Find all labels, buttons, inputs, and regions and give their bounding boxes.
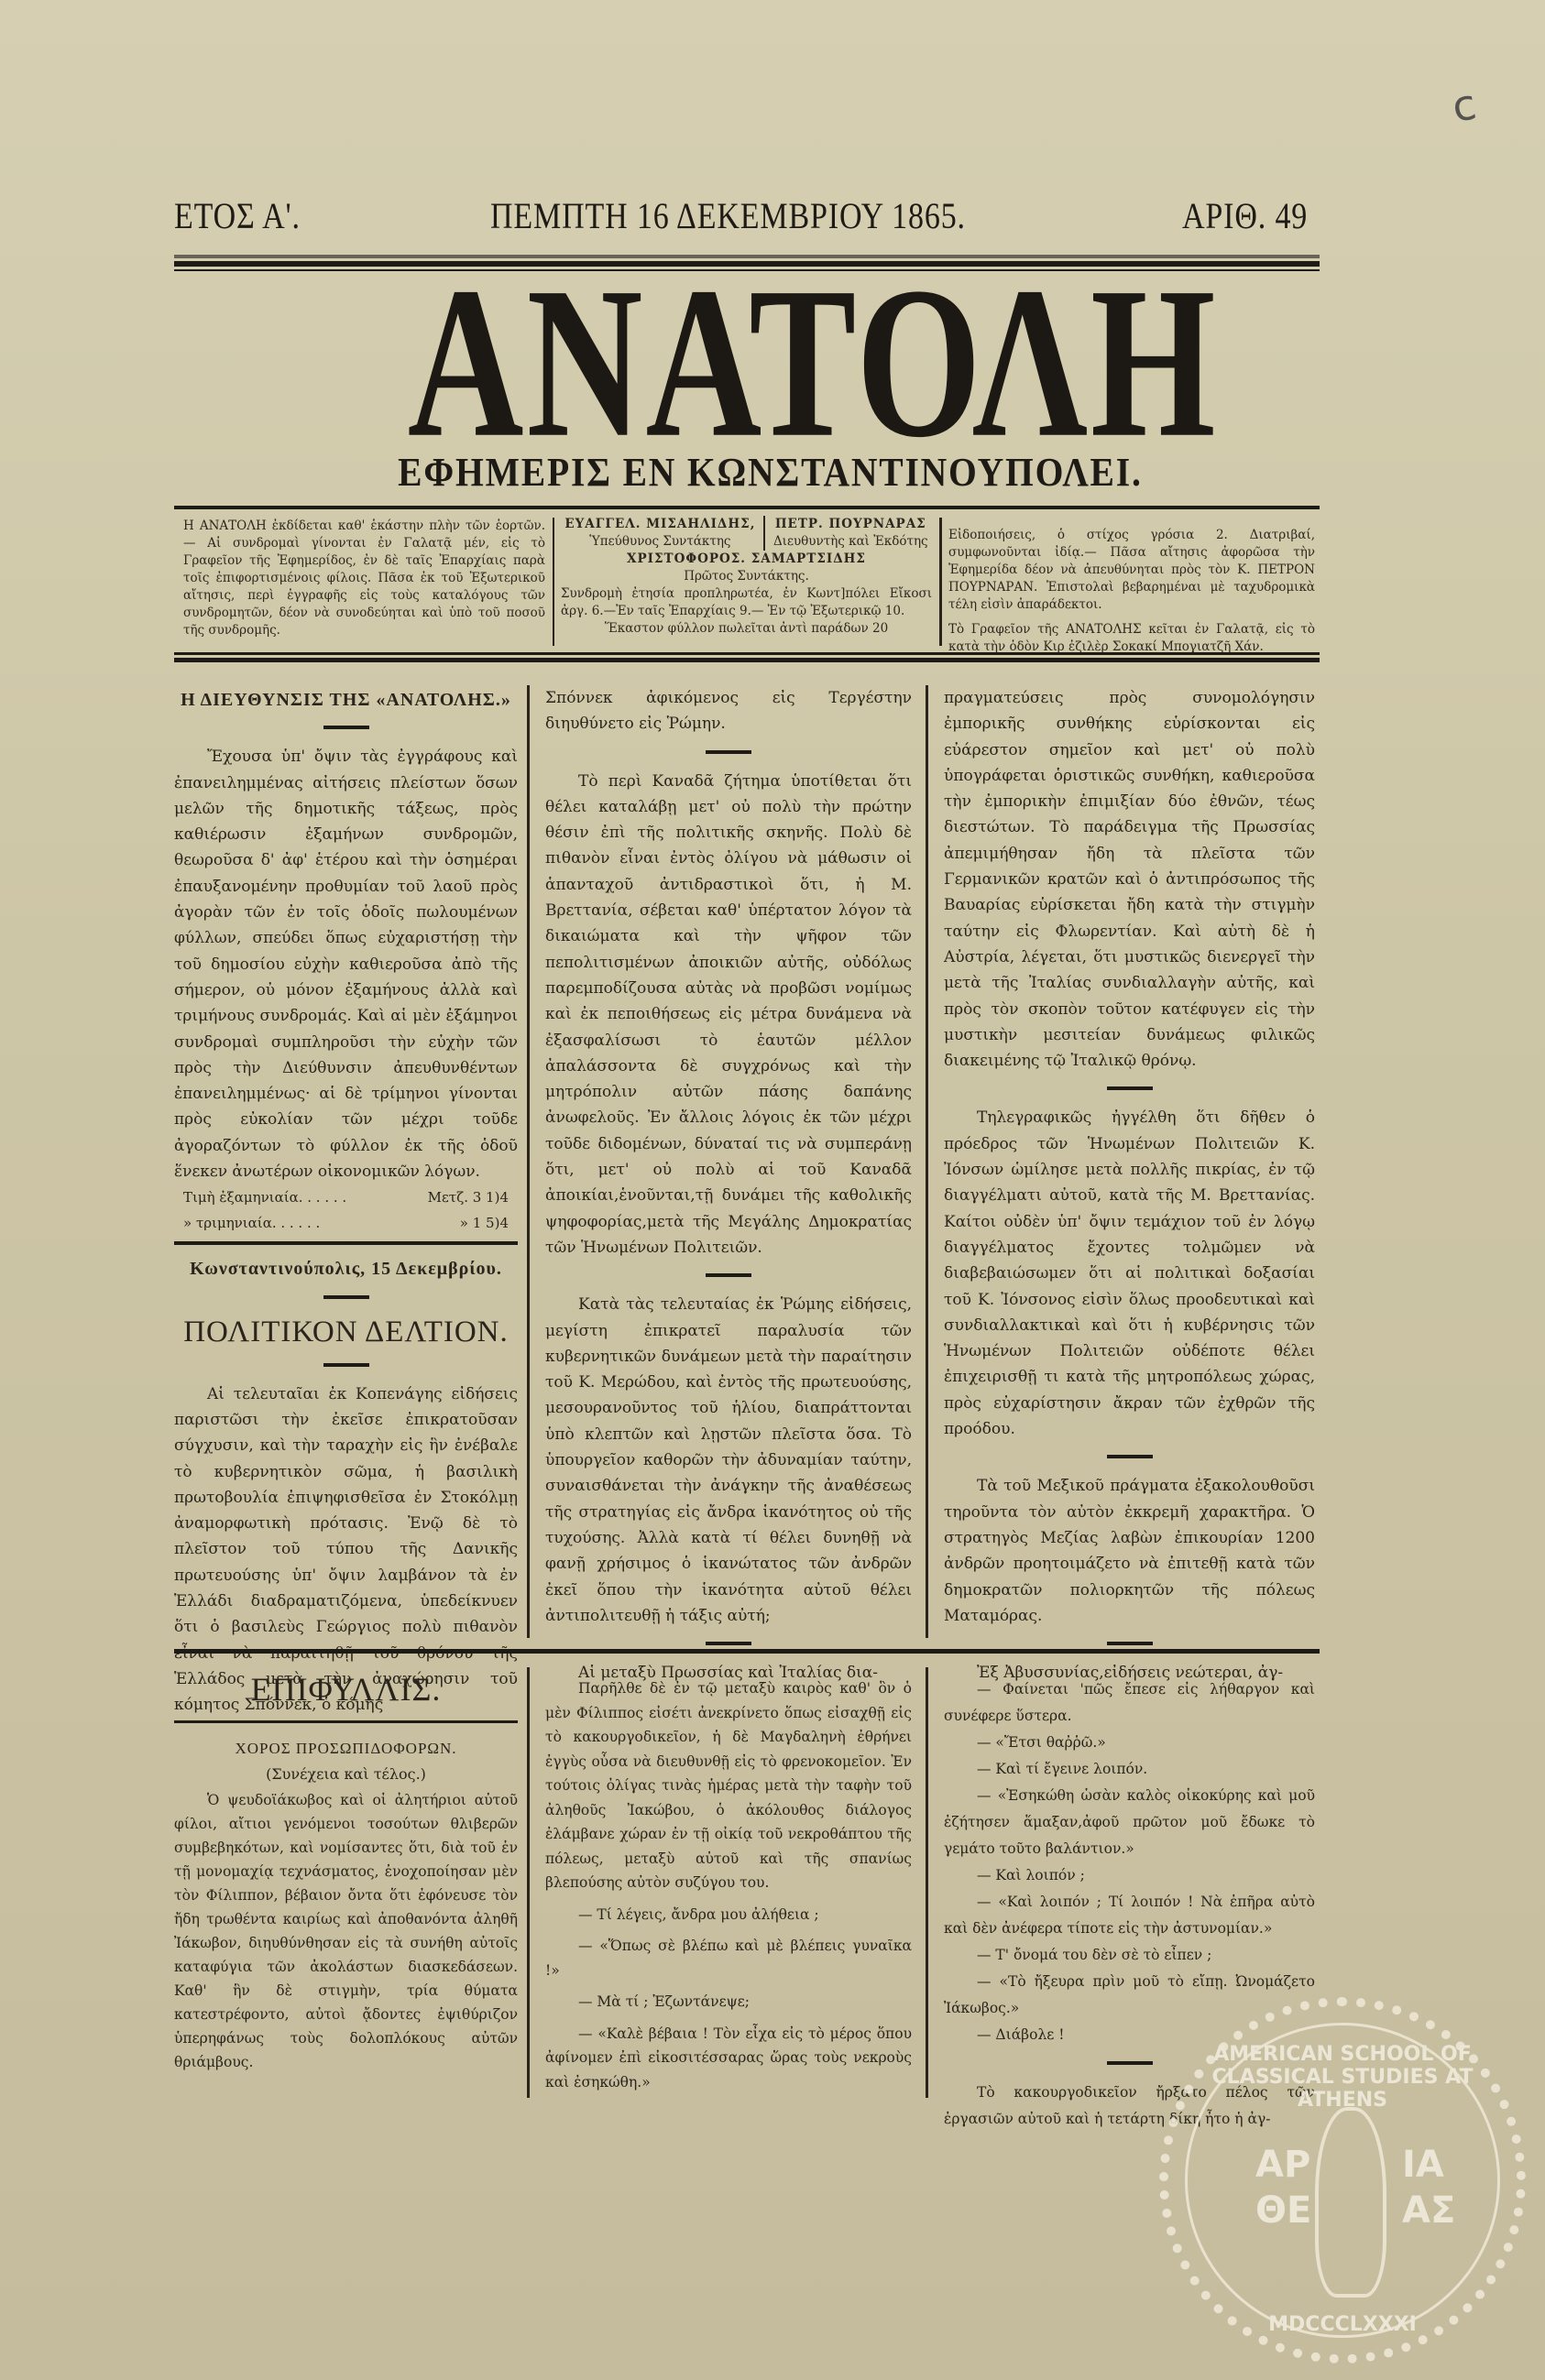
library-seal-stamp: AMERICAN SCHOOL OF CLASSICAL STUDIES AT … xyxy=(1159,1997,1526,2364)
year-label: ΕΤΟΣ Α'. xyxy=(174,194,301,237)
single-copy-price: Ἕκαστον φύλλον πωλεῖται ἀντὶ παράδων 20 xyxy=(561,620,932,638)
separator xyxy=(1107,2061,1153,2065)
price-row-6m: Τιμὴ ἐξαμηνιαία. . . . . .Μετζ. 3 1)4 xyxy=(174,1185,518,1210)
editor3-role: Πρῶτος Συντάκτης. xyxy=(561,568,932,585)
seal-ring-text: AMERICAN SCHOOL OF CLASSICAL STUDIES AT … xyxy=(1168,2043,1517,2112)
masthead-dateline: ΕΤΟΣ Α'. ΠΕΜΠΤΗ 16 ΔΕΚΕΜΒΡΙΟΥ 1865. ΑΡΙΘ… xyxy=(174,194,1320,240)
separator xyxy=(1107,1455,1153,1458)
rule xyxy=(174,1720,518,1723)
dialogue-line: — Τ' ὄνομά του δὲν σὲ τὸ εἶπεν ; xyxy=(944,1942,1315,1969)
article-continuation: πραγματεύσεις πρὸς συνομολόγησιν ἐμπορικ… xyxy=(944,685,1315,1074)
dialogue-line: — Μὰ τί ; Ἐζωντάνεψε; xyxy=(545,1990,912,2014)
notice-heading: Η ΔΙΕΥΘΥΝΣΙΣ ΤΗΣ «ΑΝΑΤΟΛΗΣ.» xyxy=(174,687,518,713)
editor2-name: ΠΕΤΡ. ΠΟΥΡΝΑΡΑΣ xyxy=(775,517,926,531)
amphora-icon xyxy=(1315,2107,1386,2298)
separator xyxy=(1107,1086,1153,1090)
separator xyxy=(706,1642,751,1645)
feuilleton-heading: ΕΠΙΦΥΛΛΙΣ. xyxy=(174,1669,518,1709)
feuilleton-column-2: Παρῆλθε δὲ ἐν τῷ μεταξὺ καιρὸς καθ' ὃν ὁ… xyxy=(545,1676,912,2094)
column-divider xyxy=(527,685,530,1638)
separator xyxy=(323,726,369,729)
story-text: Ὁ ψευδοϊάκωβος καὶ οἱ ἀλητήριοι αὐτοῦ φί… xyxy=(174,1788,518,2074)
info-rule-bottom-2 xyxy=(174,658,1320,662)
seal-letters: ΑΣ xyxy=(1402,2189,1455,2232)
section-title: ΠΟΛΙΤΙΚΟΝ ΔΕΛΤΙΟΝ. xyxy=(174,1314,518,1350)
dialogue-line: — «Καλὲ βέβαια ! Τὸν εἶχα εἰς τὸ μέρος ὅ… xyxy=(545,2022,912,2095)
seal-letters: ΘΕ xyxy=(1255,2189,1311,2232)
dialogue-line: — «Καὶ λοιπόν ; Τί λοιπόν ! Νὰ ἐπῆρα αὐτ… xyxy=(944,1889,1315,1942)
dialogue-line: — Φαίνεται 'πῶς ἔπεσε εἰς λήθαργον καὶ σ… xyxy=(944,1676,1315,1730)
seal-year: MDCCCLXXXI xyxy=(1168,2313,1517,2336)
article-rome: Κατὰ τὰς τελευταίας ἐκ Ῥώμης εἰδήσεις, μ… xyxy=(545,1292,912,1629)
editor1-role: Ὑπεύθυνος Συντάκτης xyxy=(589,534,730,549)
city-dateline: Κωνσταντινούπολις, 15 Δεκεμβρίου. xyxy=(174,1256,518,1282)
column-3: πραγματεύσεις πρὸς συνομολόγησιν ἐμπορικ… xyxy=(944,685,1315,1686)
price-row-3m: » τριμηνιαία. . . . . .» 1 5)4 xyxy=(174,1210,518,1236)
separator xyxy=(706,1273,751,1277)
feuilleton-rule xyxy=(174,1649,1320,1654)
article-usa: Τηλεγραφικῶς ἠγγέλθη ὅτι δῆθεν ὁ πρόεδρο… xyxy=(944,1105,1315,1442)
info-advertising: Εἰδοποιήσεις, ὁ στίχος γρόσια 2. Διατριβ… xyxy=(948,527,1315,656)
info-rule-bottom xyxy=(174,652,1320,655)
editor2-role: Διευθυντὴς καὶ Ἐκδότης xyxy=(773,534,928,549)
dialogue-line: — «Τὸ ἤξευρα πρὶν μοῦ τὸ εἴπῃ. Ὠνομάζετο… xyxy=(944,1969,1315,2022)
divider xyxy=(553,518,554,646)
divider xyxy=(939,518,942,646)
article-continuation: Σπόννεκ ἀφικόμενος εἰς Τεργέστην διηυθύν… xyxy=(545,685,912,737)
story-subtitle: (Συνέχεια καὶ τέλος.) xyxy=(174,1762,518,1787)
column-divider xyxy=(926,1667,928,2098)
dialogue-line: — Καὶ λοιπόν ; xyxy=(944,1862,1315,1889)
office-address: Τὸ Γραφεῖον τῆς ΑΝΑΤΟΛΗΣ κεῖται ἐν Γαλατ… xyxy=(948,621,1315,656)
subscription-prices: Συνδρομὴ ἐτησία προπληρωτέα, ἐν Κωντ]πόλ… xyxy=(561,585,932,620)
separator xyxy=(1107,1642,1153,1645)
seal-letters: ΙΑ xyxy=(1402,2144,1444,2186)
editor3-name: ΧΡΙΣΤΟΦΟΡΟΣ. ΣΑΜΑΡΤΣΙΔΗΣ xyxy=(627,551,866,566)
story-text: Παρῆλθε δὲ ἐν τῷ μεταξὺ καιρὸς καθ' ὃν ὁ… xyxy=(545,1676,912,1895)
column-divider xyxy=(527,1667,530,2098)
newspaper-subtitle: ΕΦΗΜΕΡΙΣ ΕΝ ΚΩΝΣΤΑΝΤΙΝΟΥΠΟΛΕΙ. xyxy=(275,449,1265,496)
separator xyxy=(323,1363,369,1367)
info-publication: Η ΑΝΑΤΟΛΗ ἐκδίδεται καθ' ἑκάστην πλὴν τῶ… xyxy=(183,518,545,639)
column-divider xyxy=(926,685,928,1638)
article-mexico: Τὰ τοῦ Μεξικοῦ πράγματα ἐξακολουθοῦσι τη… xyxy=(944,1473,1315,1629)
issue-number: ΑΡΙΘ. 49 xyxy=(1182,194,1308,237)
story-title: ΧΟΡΟΣ ΠΡΟΣΩΠΙΔΟΦΟΡΩΝ. xyxy=(174,1736,518,1762)
separator xyxy=(706,750,751,754)
article-canada: Τὸ περὶ Καναδᾶ ζήτημα ὑποτίθεται ὅτι θέλ… xyxy=(545,769,912,1261)
notice-body: Ἔχουσα ὑπ' ὄψιν τὰς ἐγγράφους καὶ ἐπανει… xyxy=(174,744,518,1185)
dialogue-line: — «Ὅπως σὲ βλέπω καὶ μὲ βλέπεις γυναῖκα … xyxy=(545,1934,912,1982)
editor1-name: ΕΥΑΓΓΕΛ. ΜΙΣΑΗΛΙΔΗΣ, xyxy=(564,517,755,531)
info-rule-top xyxy=(174,506,1320,509)
rule xyxy=(174,1241,518,1245)
issue-date: ΠΕΜΠΤΗ 16 ΔΕΚΕΜΒΡΙΟΥ 1865. xyxy=(490,194,966,237)
seal-letters: ΑΡ xyxy=(1255,2144,1310,2186)
newspaper-title: ΑΝΑΤΟΛΗ xyxy=(293,270,1210,453)
dialogue-line: — Καὶ τί ἔγεινε λοιπόν. xyxy=(944,1756,1315,1783)
politics-body: Αἱ τελευταῖαι ἐκ Κοπενάγης εἰδήσεις παρι… xyxy=(174,1381,518,1719)
dialogue-line: — «Ἐσηκώθη ὡσὰν καλὸς οἰκοκύρης καὶ μοῦ … xyxy=(944,1783,1315,1862)
ad-terms: Εἰδοποιήσεις, ὁ στίχος γρόσια 2. Διατριβ… xyxy=(948,527,1315,614)
feuilleton-column-1: ΕΠΙΦΥΛΛΙΣ. ΧΟΡΟΣ ΠΡΟΣΩΠΙΔΟΦΟΡΩΝ. (Συνέχε… xyxy=(174,1669,518,2074)
column-2: Σπόννεκ ἀφικόμενος εἰς Τεργέστην διηυθύν… xyxy=(545,685,912,1686)
separator xyxy=(323,1295,369,1299)
column-1: Η ΔΙΕΥΘΥΝΣΙΣ ΤΗΣ «ΑΝΑΤΟΛΗΣ.» Ἔχουσα ὑπ' … xyxy=(174,687,518,1719)
dialogue-line: — Τί λέγεις, ἄνδρα μου ἀλήθεια ; xyxy=(545,1903,912,1927)
info-editors: ΕΥΑΓΓΕΛ. ΜΙΣΑΗΛΙΔΗΣ,Ὑπεύθυνος Συντάκτης … xyxy=(561,516,932,638)
dialogue-line: — «Ἔτσι θαῤῥῶ.» xyxy=(944,1730,1315,1756)
